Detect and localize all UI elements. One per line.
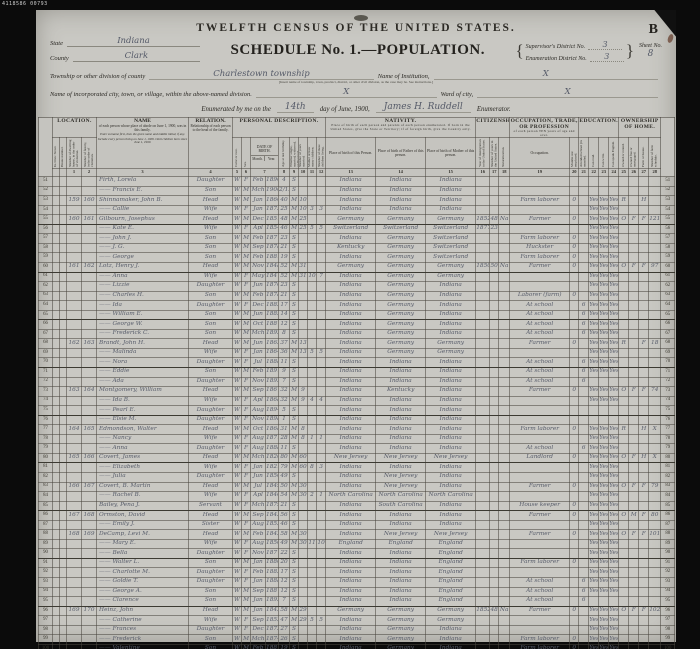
cell-yrs: [490, 425, 499, 435]
cell-sch: [579, 348, 589, 358]
cell-mch: 10: [308, 272, 317, 282]
cell-sch: 6: [579, 444, 589, 454]
cell-pobf: Indiana: [376, 463, 426, 473]
cell-imm: [476, 511, 490, 521]
cell-rel: Son: [189, 310, 233, 320]
cell-pobf: Indiana: [376, 205, 426, 215]
cell-doby: 1875: [266, 205, 279, 215]
cell-dobm: Jun: [251, 339, 266, 349]
cell-en: Yes: [609, 301, 619, 311]
cell-color: W: [233, 549, 242, 559]
cell-fam: 170: [82, 606, 97, 616]
cell-dobm: Feb: [251, 367, 266, 377]
cell-fm: [629, 339, 639, 349]
cell-mch: [308, 406, 317, 416]
cell-mo: [570, 358, 579, 368]
cell-dw: 161: [67, 262, 82, 272]
cell-pob: Indiana: [326, 520, 376, 530]
cell-occ: At school: [510, 587, 570, 597]
cell-lnum: 85: [39, 501, 53, 511]
cell-fam: 164: [82, 387, 97, 397]
cell-cl: [317, 549, 326, 559]
cell-fm: [629, 406, 639, 416]
cell-color: W: [233, 597, 242, 607]
cell-nat: [499, 253, 510, 263]
cell-lnum: 59: [39, 253, 53, 263]
cell-mar: M: [290, 396, 299, 406]
cell-hn: [60, 606, 67, 616]
cell-pob: Indiana: [326, 320, 376, 330]
cell-name: —— Emily J.: [97, 520, 189, 530]
cell-sch: [579, 243, 589, 253]
cell-nat: [499, 568, 510, 578]
cell-fam: [82, 243, 97, 253]
cell-occ: At school: [510, 367, 570, 377]
cell-rnum: 86: [661, 511, 675, 521]
cell-dw: [67, 444, 82, 454]
cell-mo: 0: [570, 511, 579, 521]
cell-pobm: Indiana: [426, 406, 476, 416]
cell-cl: [317, 520, 326, 530]
cell-yrs: [490, 205, 499, 215]
cell-rel: Head: [189, 530, 233, 540]
cell-hn: [60, 272, 67, 282]
cell-mo: [570, 568, 579, 578]
cell-rd: Yes: [589, 625, 599, 635]
cell-pobf: Indiana: [376, 558, 426, 568]
cell-hn: [60, 320, 67, 330]
cell-dw: 165: [67, 453, 82, 463]
relation-desc: Relationship of each person to the head …: [189, 124, 232, 132]
cell-wr: Yes: [599, 339, 609, 349]
cell-imm: [476, 329, 490, 339]
cell-yrs: [490, 253, 499, 263]
cell-pobm: Indiana: [426, 463, 476, 473]
cell-wr: [599, 415, 609, 425]
cell-fam: [82, 177, 97, 187]
right-line-number-header: [661, 118, 675, 177]
cell-nat: [499, 597, 510, 607]
cell-rd: Yes: [589, 444, 599, 454]
cell-mo: 0: [570, 253, 579, 263]
cell-sex: M: [242, 606, 251, 616]
cell-color: W: [233, 558, 242, 568]
cell-color: W: [233, 434, 242, 444]
cell-pobf: Indiana: [376, 425, 426, 435]
cell-occ: [510, 472, 570, 482]
cell-occ: [510, 492, 570, 502]
cell-imm: [476, 539, 490, 549]
table-row: 66—— George W.SonWMOct188712SIndianaGerm…: [39, 320, 675, 330]
cell-age: 23: [279, 234, 290, 244]
cell-en: Yes: [609, 358, 619, 368]
cell-wr: Yes: [599, 425, 609, 435]
cell-nat: [499, 310, 510, 320]
cell-imm: [476, 587, 490, 597]
cell-sch: 6: [579, 367, 589, 377]
cell-pobf: Indiana: [376, 434, 426, 444]
cell-imm: [476, 177, 490, 187]
cell-cl: [317, 282, 326, 292]
cell-sch: [579, 339, 589, 349]
cell-cl: [317, 453, 326, 463]
cell-rnum: 97: [661, 616, 675, 626]
cell-pobf: Indiana: [376, 444, 426, 454]
cell-occ: [510, 616, 570, 626]
cell-cl: [317, 234, 326, 244]
cell-own: [619, 205, 629, 215]
cell-fm: [629, 348, 639, 358]
cell-own: O: [619, 262, 629, 272]
cell-pobm: Indiana: [426, 396, 476, 406]
table-row: 83166167Covert, B. MartinHeadWMJul184950…: [39, 482, 675, 492]
cell-cl: [317, 406, 326, 416]
cell-lnum: 91: [39, 558, 53, 568]
cell-yrs: [490, 463, 499, 473]
cell-fh: [639, 272, 649, 282]
cell-mch: [308, 425, 317, 435]
cell-dobm: Sep: [251, 616, 266, 626]
cell-ns: 97: [649, 262, 661, 272]
cell-sex: F: [242, 377, 251, 387]
cell-fam: [82, 272, 97, 282]
cell-age: 22: [279, 549, 290, 559]
cell-sex: F: [242, 358, 251, 368]
cell-ym: [299, 644, 308, 649]
cell-pobf: Germany: [376, 348, 426, 358]
cell-mo: [570, 224, 579, 234]
cell-nat: [499, 463, 510, 473]
cell-fh: [639, 348, 649, 358]
cell-mar: S: [290, 320, 299, 330]
cell-rd: Yes: [589, 253, 599, 263]
cell-mch: [308, 578, 317, 588]
cell-cl: 5: [317, 348, 326, 358]
cell-doby: 1878: [266, 243, 279, 253]
cell-occ: Farm laborer: [510, 425, 570, 435]
cell-fh: [639, 243, 649, 253]
cell-en: Yes: [609, 234, 619, 244]
cell-nat: [499, 578, 510, 588]
table-row: 70—— NoraDaughterWFJul188811SIndianaIndi…: [39, 358, 675, 368]
cell-mch: [308, 291, 317, 301]
cell-own: [619, 186, 629, 196]
cell-st: [53, 549, 60, 559]
cell-lnum: 98: [39, 625, 53, 635]
cell-fm: F: [629, 530, 639, 540]
cell-wr: Yes: [599, 635, 609, 645]
cell-sch: [579, 406, 589, 416]
cell-yrs: [490, 367, 499, 377]
cell-fam: [82, 568, 97, 578]
cell-fm: [629, 186, 639, 196]
cell-imm: [476, 415, 490, 425]
cell-name: —— Bella: [97, 549, 189, 559]
cell-rnum: 96: [661, 606, 675, 616]
cell-mch: [308, 530, 317, 540]
cell-imm: [476, 434, 490, 444]
cell-hn: [60, 530, 67, 540]
cell-pob: Indiana: [326, 282, 376, 292]
cell-hn: [60, 348, 67, 358]
cell-doby: 1888: [266, 444, 279, 454]
right-brace: }: [626, 41, 634, 61]
cell-dobm: Jan: [251, 205, 266, 215]
cell-pobf: New Jersey: [376, 530, 426, 540]
cell-lnum: 82: [39, 472, 53, 482]
cell-sex: F: [242, 415, 251, 425]
cell-mo: [570, 625, 579, 635]
cell-rel: Daughter: [189, 301, 233, 311]
cell-dw: [67, 558, 82, 568]
cell-nat: [499, 329, 510, 339]
cell-ns: [649, 463, 661, 473]
cell-mar: S: [290, 549, 299, 559]
cell-pobm: Indiana: [426, 282, 476, 292]
cell-rel: Head: [189, 425, 233, 435]
cell-doby: 1842: [266, 530, 279, 540]
cell-dobm: Nov: [251, 377, 266, 387]
cell-imm: [476, 234, 490, 244]
cell-en: Yes: [609, 625, 619, 635]
cell-occ: [510, 434, 570, 444]
cell-name: —— Charlotte M.: [97, 568, 189, 578]
county-value: Clark: [73, 51, 200, 62]
cell-ym: [299, 472, 308, 482]
cell-rd: Yes: [589, 348, 599, 358]
cell-doby: 1850: [266, 472, 279, 482]
cell-ym: 31: [299, 272, 308, 282]
col-can-write: Can write.: [599, 138, 609, 169]
cell-doby: 1854: [266, 224, 279, 234]
col-place-of-birth-mother: Place of birth of Mother of this person.: [426, 138, 476, 169]
cell-pob: Indiana: [326, 635, 376, 645]
cell-mar: M: [290, 434, 299, 444]
cell-age: 54: [279, 492, 290, 502]
cell-st: [53, 205, 60, 215]
cell-ym: [299, 301, 308, 311]
cell-ns: [649, 348, 661, 358]
cell-cl: 1: [317, 492, 326, 502]
cell-pob: Kentucky: [326, 243, 376, 253]
cell-dobm: Oct: [251, 320, 266, 330]
cell-sex: M: [242, 339, 251, 349]
cell-st: [53, 329, 60, 339]
cell-dw: [67, 186, 82, 196]
cell-sex: M: [242, 511, 251, 521]
cell-fam: [82, 587, 97, 597]
cell-mar: M: [290, 205, 299, 215]
cell-fh: [639, 597, 649, 607]
cell-fm: [629, 444, 639, 454]
cell-yrs: [490, 358, 499, 368]
cell-rnum: 81: [661, 463, 675, 473]
cell-rel: Sister: [189, 520, 233, 530]
cell-ym: [299, 568, 308, 578]
cell-fh: [639, 444, 649, 454]
cell-sex: M: [242, 367, 251, 377]
cell-st: [53, 530, 60, 540]
cell-sch: [579, 215, 589, 225]
cell-rel: Son: [189, 635, 233, 645]
cell-name: —— Anna: [97, 444, 189, 454]
cell-rnum: 58: [661, 243, 675, 253]
table-row: 84—— Rachel B.WifeWFApl184654M3021North …: [39, 492, 675, 502]
cell-occ: At school: [510, 597, 570, 607]
cell-pobf: Germany: [376, 243, 426, 253]
cell-yrs: [490, 511, 499, 521]
cell-ns: [649, 568, 661, 578]
cell-fam: [82, 377, 97, 387]
cell-sch: [579, 453, 589, 463]
cell-sex: M: [242, 253, 251, 263]
cell-dw: [67, 377, 82, 387]
table-row: 67—— Frederick C.SonWMMch18928SIndianaGe…: [39, 329, 675, 339]
cell-name: —— Rachel B.: [97, 492, 189, 502]
cell-wr: Yes: [599, 262, 609, 272]
header-row-schedule: StateIndiana CountyClark SCHEDULE No. 1.…: [50, 36, 662, 66]
cell-occ: House keeper: [510, 501, 570, 511]
cell-rel: Wife: [189, 348, 233, 358]
cell-pob: North Carolina: [326, 492, 376, 502]
cell-wr: Yes: [599, 243, 609, 253]
cell-hn: [60, 377, 67, 387]
cell-ym: [299, 549, 308, 559]
cell-lnum: 71: [39, 367, 53, 377]
cell-rnum: 69: [661, 348, 675, 358]
cell-hn: [60, 635, 67, 645]
cell-rd: Yes: [589, 215, 599, 225]
incorporated-label: Name of incorporated city, town, or vill…: [50, 91, 252, 98]
state-value: Indiana: [67, 36, 200, 47]
cell-rd: Yes: [589, 520, 599, 530]
cell-fm: [629, 224, 639, 234]
cell-fm: M: [629, 511, 639, 521]
cell-lnum: 61: [39, 272, 53, 282]
cell-dobm: Jun: [251, 472, 266, 482]
table-row: 58—— J. G.SonWMSep187821SKentuckyGermany…: [39, 243, 675, 253]
cell-ym: 30: [299, 539, 308, 549]
cell-own: [619, 253, 629, 263]
cell-own: R: [619, 196, 629, 206]
cell-pob: Indiana: [326, 472, 376, 482]
cell-sch: [579, 472, 589, 482]
cell-mo: 0: [570, 482, 579, 492]
left-brace: {: [515, 41, 523, 61]
table-row: 57—— John J.SonWMFeb187723SIndianaGerman…: [39, 234, 675, 244]
cell-own: [619, 396, 629, 406]
cell-fh: [639, 329, 649, 339]
cell-lnum: 57: [39, 234, 53, 244]
cell-en: Yes: [609, 272, 619, 282]
cell-imm: [476, 387, 490, 397]
cell-age: 47: [279, 616, 290, 626]
cell-nat: [499, 348, 510, 358]
cell-dw: [67, 310, 82, 320]
cell-cl: [317, 625, 326, 635]
cell-ns: [649, 196, 661, 206]
cell-sch: [579, 224, 589, 234]
cell-en: Yes: [609, 549, 619, 559]
cell-rel: Wife: [189, 396, 233, 406]
cell-ns: [649, 234, 661, 244]
cell-cl: [317, 501, 326, 511]
cell-color: W: [233, 377, 242, 387]
cell-st: [53, 444, 60, 454]
table-row: 100—— ValentineSonWMFeb188119SIndianaGer…: [39, 644, 675, 649]
cell-dobm: Sep: [251, 387, 266, 397]
cell-cl: [317, 558, 326, 568]
cell-fm: [629, 301, 639, 311]
cell-pobf: Germany: [376, 234, 426, 244]
cell-mar: M: [290, 215, 299, 225]
cell-imm: 1852: [476, 215, 490, 225]
cell-lnum: 55: [39, 215, 53, 225]
cell-age: 58: [279, 606, 290, 616]
cell-age: 7: [279, 377, 290, 387]
cell-color: W: [233, 291, 242, 301]
cell-mo: [570, 520, 579, 530]
cell-st: [53, 520, 60, 530]
relation-section: RELATION. Relationship of each person to…: [189, 118, 233, 169]
cell-nat: [499, 644, 510, 649]
cell-mch: [308, 549, 317, 559]
cell-fh: [639, 310, 649, 320]
cell-fh: [639, 186, 649, 196]
cell-cl: 3: [317, 463, 326, 473]
cell-yrs: 50: [490, 262, 499, 272]
cell-age: 19: [279, 644, 290, 649]
county-label: County: [50, 55, 69, 62]
cell-pobf: Indiana: [376, 597, 426, 607]
cell-dw: [67, 367, 82, 377]
cell-sch: [579, 262, 589, 272]
cell-lnum: 76: [39, 415, 53, 425]
cell-occ: [510, 463, 570, 473]
cell-pobf: Indiana: [376, 568, 426, 578]
cell-nat: [499, 291, 510, 301]
cell-pob: Indiana: [326, 434, 376, 444]
cell-fh: F: [639, 387, 649, 397]
cell-dw: [67, 587, 82, 597]
cell-st: [53, 272, 60, 282]
cell-ym: [299, 243, 308, 253]
cell-yrs: [490, 558, 499, 568]
cell-occ: At school: [510, 310, 570, 320]
cell-mch: [308, 253, 317, 263]
cell-mo: [570, 587, 579, 597]
cell-mch: [308, 511, 317, 521]
col-attended-school: Attended school (in months).: [579, 138, 589, 169]
cell-nat: [499, 339, 510, 349]
cell-mch: [308, 606, 317, 616]
cell-pobm: Indiana: [426, 635, 476, 645]
cell-pobm: Indiana: [426, 377, 476, 387]
cell-ym: [299, 511, 308, 521]
cell-mo: 0: [570, 606, 579, 616]
cell-mch: [308, 597, 317, 607]
cell-mch: [308, 301, 317, 311]
cell-ns: [649, 205, 661, 215]
cell-wr: Yes: [599, 396, 609, 406]
cell-sch: [579, 539, 589, 549]
cell-hn: [60, 492, 67, 502]
cell-sch: [579, 196, 589, 206]
cell-nat: [499, 387, 510, 397]
cell-pobf: New Jersey: [376, 482, 426, 492]
cell-age: 17: [279, 301, 290, 311]
cell-mo: 0: [570, 644, 579, 649]
